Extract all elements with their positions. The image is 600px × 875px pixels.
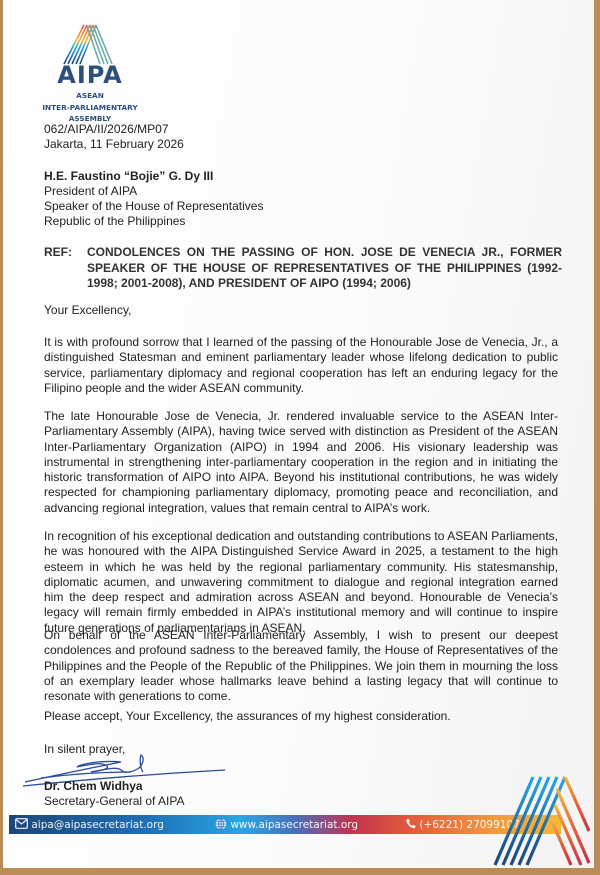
body-paragraph: On behalf of the ASEAN Inter-Parliamenta… xyxy=(44,628,558,704)
corner-stripes-icon xyxy=(493,775,591,867)
logo-subtitle: ASEAN INTER-PARLIAMENTARY ASSEMBLY xyxy=(33,90,147,125)
globe-icon xyxy=(215,818,227,830)
logo-wordmark: AIPA xyxy=(47,62,133,88)
salutation: Your Excellency, xyxy=(44,303,131,319)
footer-website[interactable]: www.aipasecretariat.org xyxy=(215,818,358,831)
body-paragraph: It is with profound sorrow that I learne… xyxy=(44,335,558,396)
contact-footer: aipa@aipasecretariat.org www.aipasecreta… xyxy=(9,815,561,834)
place-date: Jakarta, 11 February 2026 xyxy=(44,137,184,153)
signatory-title: Secretary-General of AIPA xyxy=(44,794,185,810)
ref-label: REF: xyxy=(44,245,72,259)
website-text: www.aipasecretariat.org xyxy=(230,819,358,831)
email-text: aipa@aipasecretariat.org xyxy=(31,819,164,831)
recipient-name: H.E. Faustino “Bojie” G. Dy III xyxy=(44,169,213,185)
recipient-line: Republic of the Philippines xyxy=(44,214,185,230)
body-paragraph: Please accept, Your Excellency, the assu… xyxy=(44,709,558,724)
phone-icon xyxy=(406,818,416,829)
signatory-name: Dr. Chem Widhya xyxy=(44,779,143,795)
envelope-icon xyxy=(15,818,28,829)
recipient-line: President of AIPA xyxy=(44,184,137,200)
logo-sub-line: ASEAN xyxy=(33,90,147,102)
ref-subject: CONDOLENCES ON THE PASSING OF HON. JOSE … xyxy=(87,245,562,292)
body-paragraph: In recognition of his exceptional dedica… xyxy=(44,529,558,636)
footer-email[interactable]: aipa@aipasecretariat.org xyxy=(15,818,164,831)
letter-page: AIPA ASEAN INTER-PARLIAMENTARY ASSEMBLY … xyxy=(3,0,594,868)
body-paragraph: The late Honourable Jose de Venecia, Jr.… xyxy=(44,409,558,516)
aipa-logo xyxy=(43,22,133,66)
recipient-line: Speaker of the House of Representatives xyxy=(44,199,263,215)
aipa-stripes-icon xyxy=(60,22,116,66)
reference-number: 062/AIPA/II/2026/MP07 xyxy=(44,122,169,138)
logo-sub-line: INTER-PARLIAMENTARY xyxy=(33,102,147,114)
